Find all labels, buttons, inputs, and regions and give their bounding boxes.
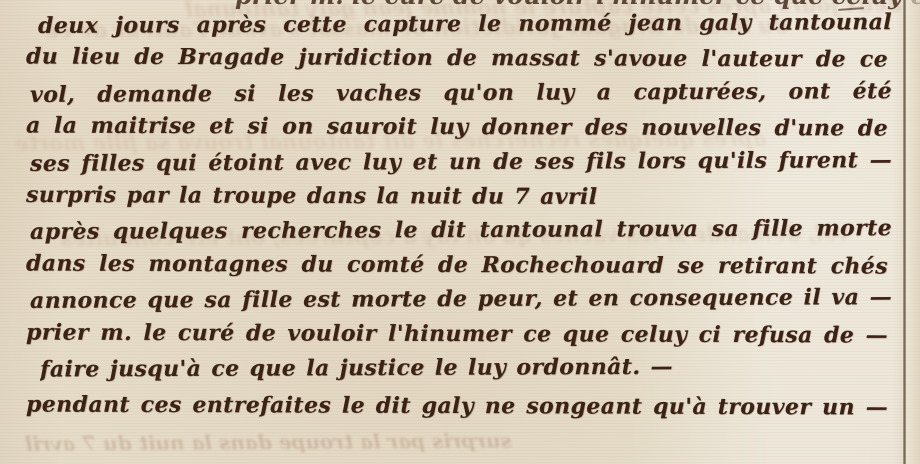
manuscript-line: surpris par la troupe dans la nuit du 7 …: [26, 178, 638, 215]
manuscript-page: du lieu de Bragade juridiction de massat…: [0, 0, 920, 464]
manuscript-line: vol, demande si les vaches qu'on luy a c…: [30, 74, 892, 112]
manuscript-text: deux jours après cette capture le nommé …: [30, 7, 892, 424]
bleed-through-text: surpris par la troupe dans la nuit du 7 …: [25, 428, 512, 455]
manuscript-line: faire jusqu'à ce que la justice le luy o…: [40, 349, 738, 386]
manuscript-line: pendant ces entrefaites le dit galy ne s…: [26, 388, 888, 425]
manuscript-line: a la maitrise et si on sauroit luy donne…: [26, 109, 888, 146]
manuscript-line: dans les montagnes du comté de Rochechou…: [26, 246, 888, 283]
adjacent-page-strip: [906, 0, 920, 464]
manuscript-line: annonce que sa fille est morte de peur, …: [30, 280, 892, 318]
manuscript-line: après quelques recherches le dit tantoun…: [30, 211, 892, 249]
manuscript-line: prier m. le curé de vouloir l'hinumer ce…: [26, 315, 888, 352]
manuscript-line: du lieu de Bragade juridiction de massat…: [26, 40, 888, 77]
manuscript-line: ses filles qui étoint avec luy et un de …: [30, 143, 892, 181]
manuscript-line: deux jours après cette capture le nommé …: [38, 5, 892, 43]
